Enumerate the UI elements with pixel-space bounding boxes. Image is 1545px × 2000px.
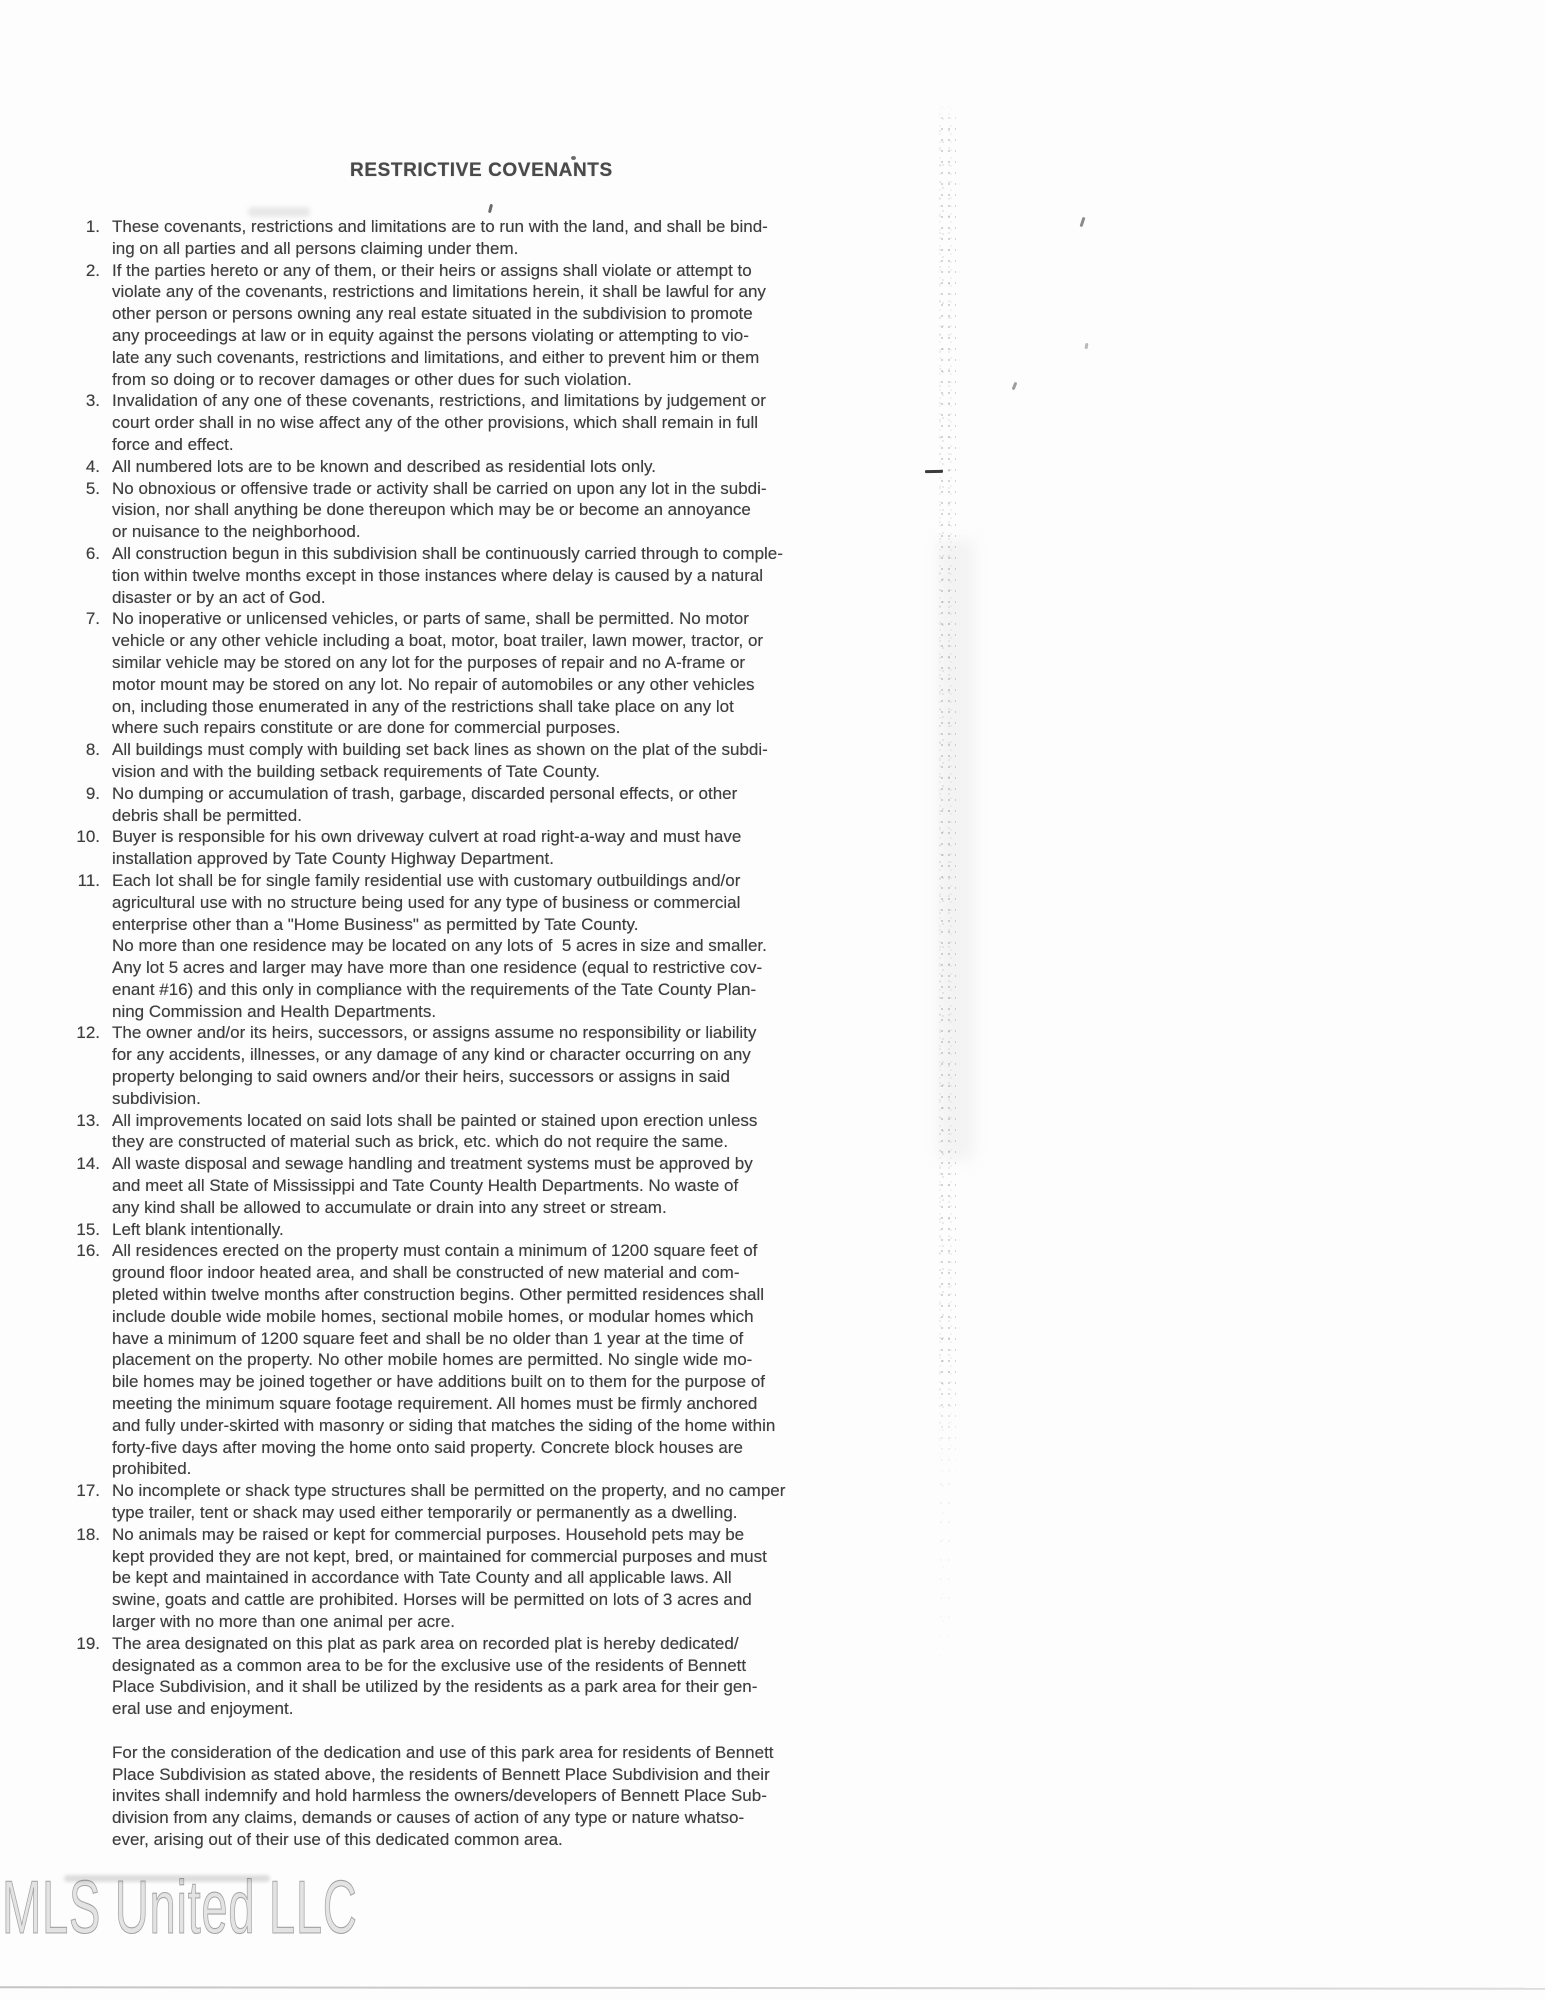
covenant-item: 13. All improvements located on said lot… (74, 1110, 934, 1154)
covenant-item: 19. The area designated on this plat as … (74, 1633, 934, 1720)
scan-edge-line-artifact (0, 1986, 1545, 1990)
covenant-number: 14. (74, 1153, 100, 1175)
covenant-text: The area designated on this plat as park… (112, 1633, 757, 1720)
document-title: RESTRICTIVE COVENANTS (350, 160, 613, 182)
covenant-text: All residences erected on the property m… (112, 1240, 775, 1480)
covenant-text: All numbered lots are to be known and de… (112, 456, 656, 478)
covenant-item: 8. All buildings must comply with buildi… (74, 739, 934, 783)
covenant-item: 11. Each lot shall be for single family … (74, 870, 934, 1023)
covenant-number: 16. (74, 1240, 100, 1262)
covenant-number: 5. (74, 478, 100, 500)
scan-smudge-artifact (248, 207, 310, 217)
covenant-item: 1. These covenants, restrictions and lim… (74, 216, 934, 260)
covenant-text: Buyer is responsible for his own drivewa… (112, 826, 741, 870)
covenant-item: 2. If the parties hereto or any of them,… (74, 260, 934, 391)
covenant-text: No inoperative or unlicensed vehicles, o… (112, 608, 763, 739)
covenant-number: 13. (74, 1110, 100, 1132)
covenant-text: The owner and/or its heirs, successors, … (112, 1022, 756, 1109)
covenant-number: 9. (74, 783, 100, 805)
covenant-item: 9. No dumping or accumulation of trash, … (74, 783, 934, 827)
scan-speck-artifact (488, 204, 493, 213)
covenant-item: 14. All waste disposal and sewage handli… (74, 1153, 934, 1218)
covenant-number: 8. (74, 739, 100, 761)
covenant-number: 6. (74, 543, 100, 565)
covenants-list: 1. These covenants, restrictions and lim… (74, 216, 934, 1851)
covenant-number: 11. (74, 870, 100, 892)
covenant-number: 19. (74, 1633, 100, 1655)
covenant-number: 18. (74, 1524, 100, 1546)
closing-paragraph: For the consideration of the dedication … (112, 1742, 934, 1851)
scan-speck-artifact (1085, 343, 1089, 349)
covenant-number: 15. (74, 1219, 100, 1241)
covenant-text: All waste disposal and sewage handling a… (112, 1153, 753, 1218)
covenant-text: Left blank intentionally. (112, 1219, 284, 1241)
covenant-item: 10. Buyer is responsible for his own dri… (74, 826, 934, 870)
covenant-number: 1. (74, 216, 100, 238)
covenant-item: 16. All residences erected on the proper… (74, 1240, 934, 1480)
covenant-item: 7. No inoperative or unlicensed vehicles… (74, 608, 934, 739)
covenant-text: No obnoxious or offensive trade or activ… (112, 478, 767, 543)
covenant-number: 10. (74, 826, 100, 848)
scan-streak-artifact (938, 1480, 954, 1720)
covenant-number: 17. (74, 1480, 100, 1502)
covenant-text: Invalidation of any one of these covenan… (112, 390, 766, 455)
scan-speck-artifact (1080, 217, 1086, 227)
covenant-item: 15. Left blank intentionally. (74, 1219, 934, 1241)
covenant-text: All improvements located on said lots sh… (112, 1110, 757, 1154)
covenant-text: No animals may be raised or kept for com… (112, 1524, 767, 1633)
covenant-item: 17. No incomplete or shack type structur… (74, 1480, 934, 1524)
covenant-text: If the parties hereto or any of them, or… (112, 260, 766, 391)
mls-united-watermark: MLS United LLC (2, 1870, 357, 1945)
covenant-number: 12. (74, 1022, 100, 1044)
covenant-item: 3. Invalidation of any one of these cove… (74, 390, 934, 455)
covenant-item: 4. All numbered lots are to be known and… (74, 456, 934, 478)
covenant-item: 12. The owner and/or its heirs, successo… (74, 1022, 934, 1109)
covenant-item: 18. No animals may be raised or kept for… (74, 1524, 934, 1633)
scan-streak-artifact (936, 104, 956, 1484)
covenant-number: 7. (74, 608, 100, 630)
covenant-number: 2. (74, 260, 100, 282)
covenant-text: No dumping or accumulation of trash, gar… (112, 783, 737, 827)
scan-speck-artifact (1012, 382, 1018, 391)
document-page: RESTRICTIVE COVENANTS 1. These covenants… (0, 0, 1545, 2000)
covenant-number: 3. (74, 390, 100, 412)
covenant-text: Each lot shall be for single family resi… (112, 870, 767, 1023)
covenant-item: 6. All construction begun in this subdiv… (74, 543, 934, 608)
scan-dash-artifact (925, 470, 943, 473)
covenant-text: These covenants, restrictions and limita… (112, 216, 768, 260)
scan-speck-artifact (571, 156, 576, 160)
covenant-number: 4. (74, 456, 100, 478)
covenant-text: No incomplete or shack type structures s… (112, 1480, 785, 1524)
covenant-text: All construction begun in this subdivisi… (112, 543, 783, 608)
covenant-text: All buildings must comply with building … (112, 739, 768, 783)
covenant-item: 5. No obnoxious or offensive trade or ac… (74, 478, 934, 543)
